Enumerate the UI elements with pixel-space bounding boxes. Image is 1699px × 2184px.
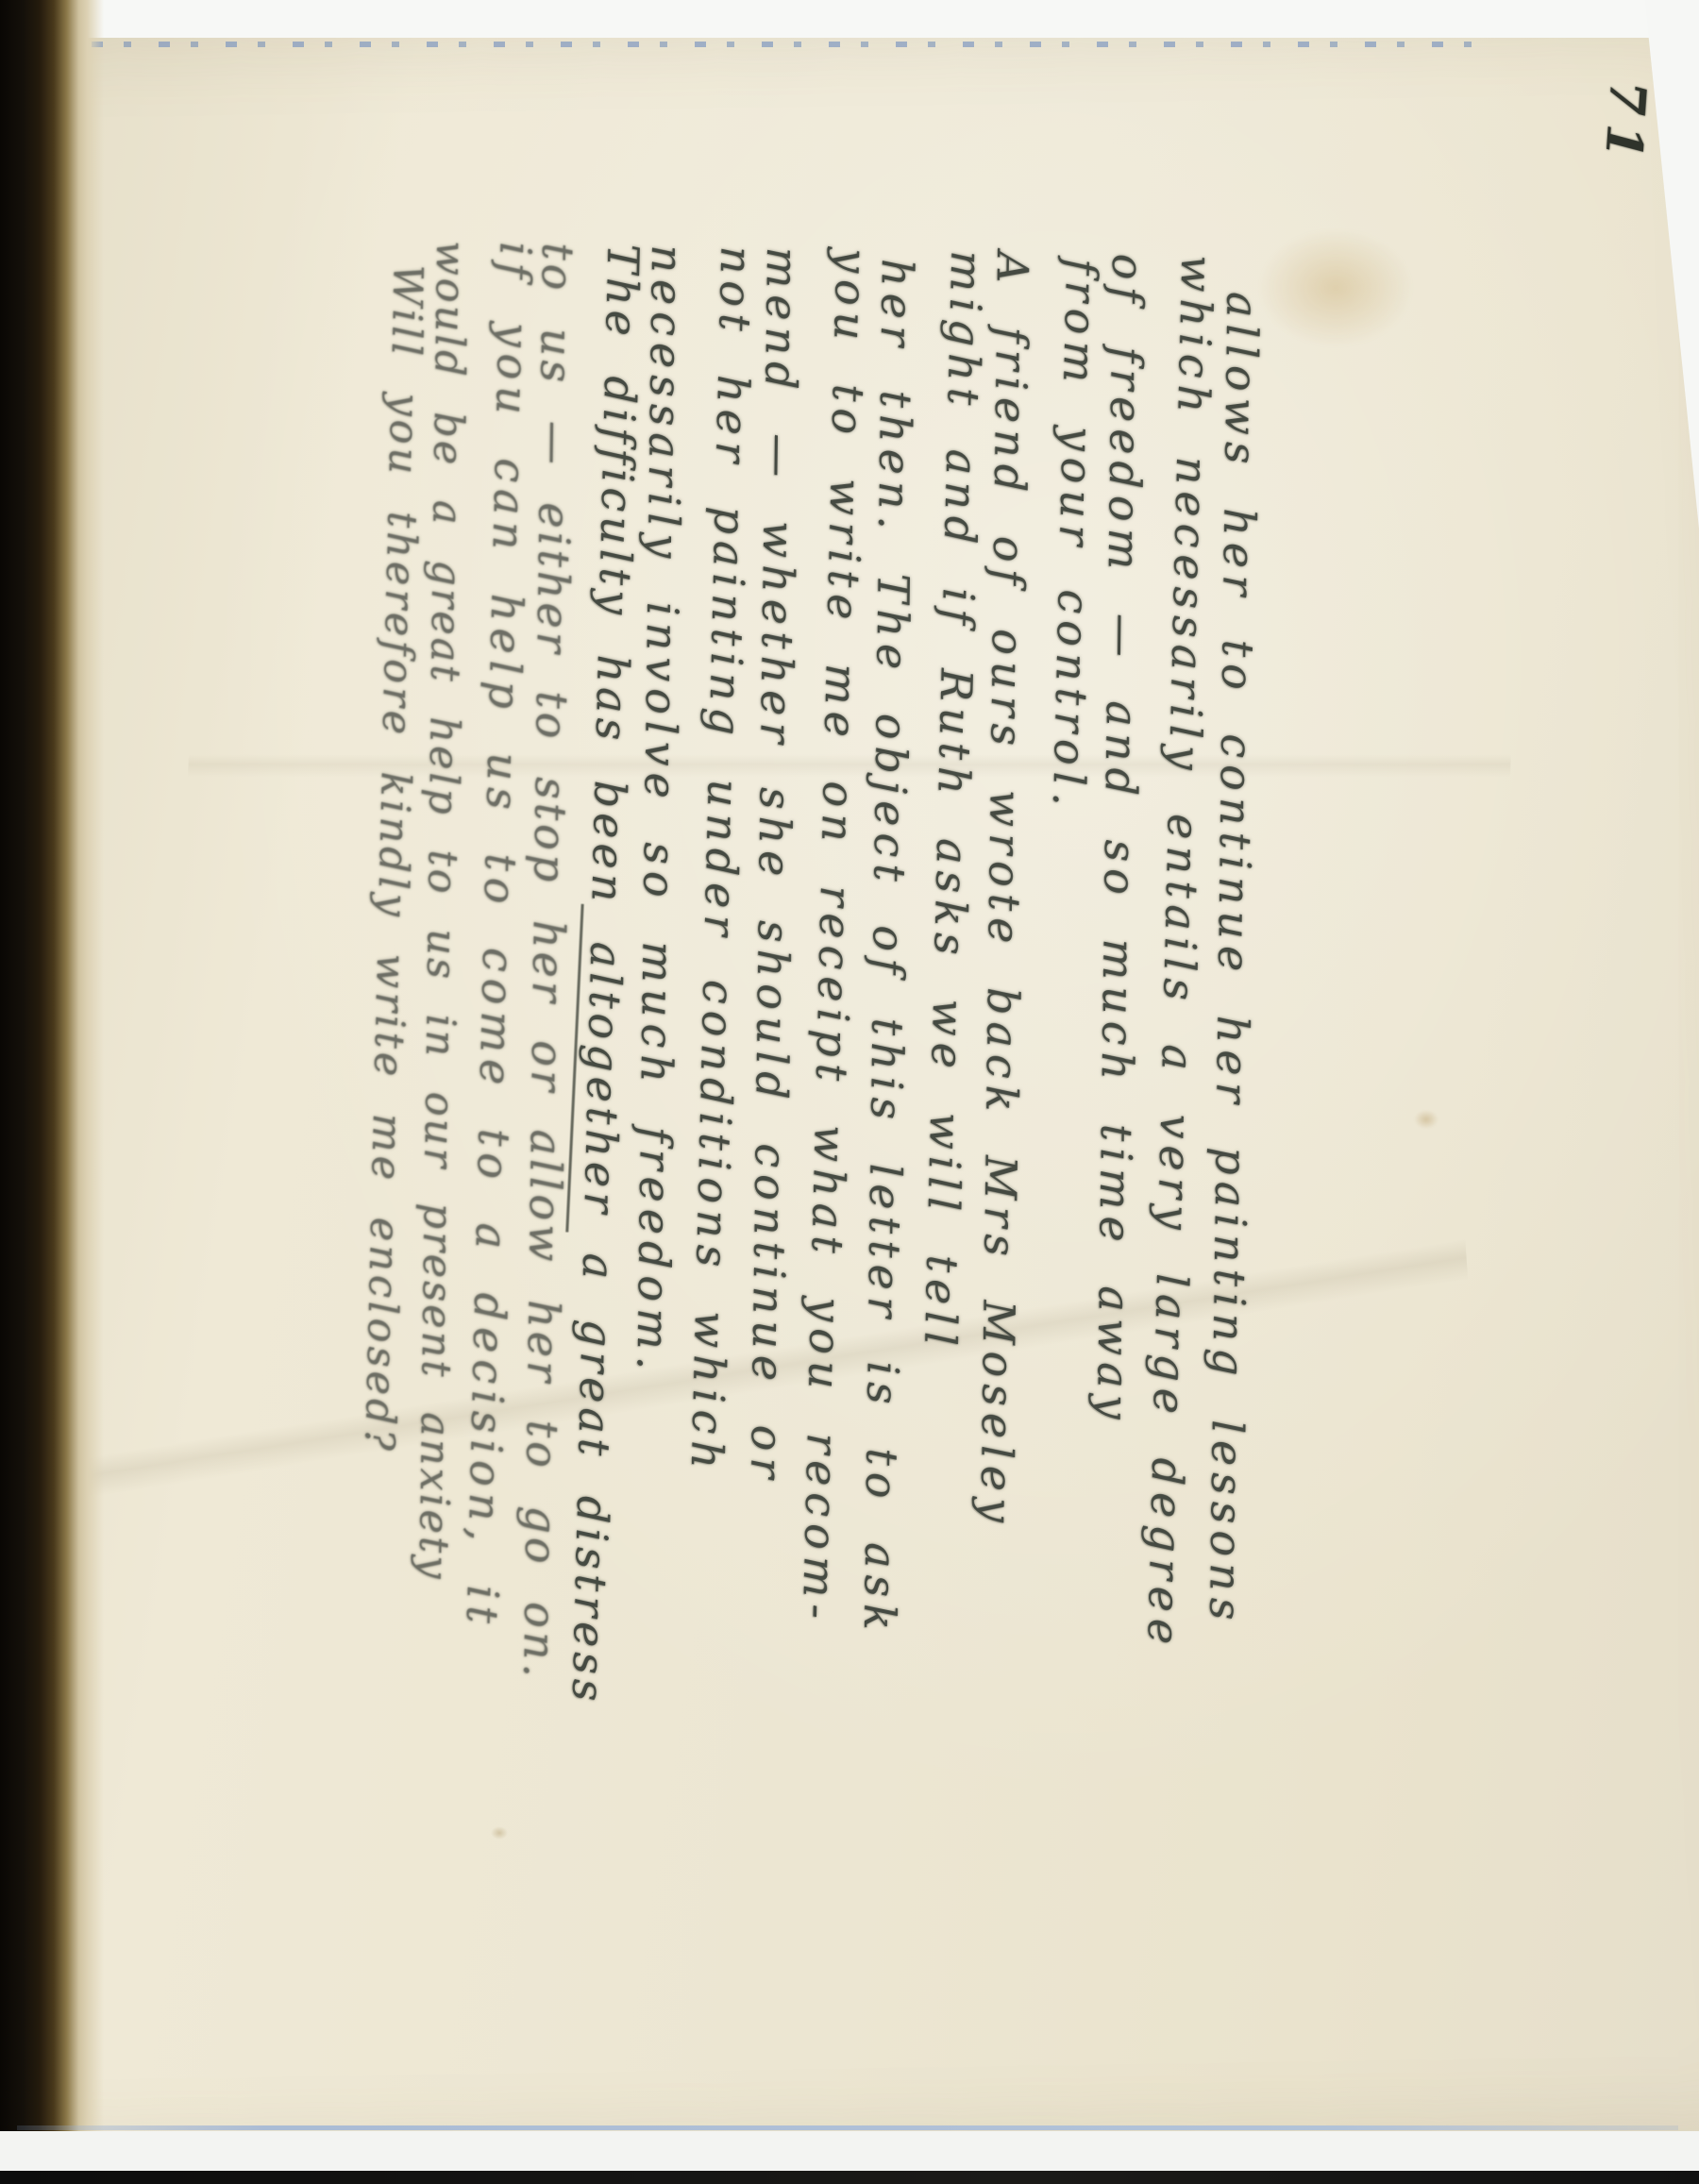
scanned-letter-page: allows her to continue her painting less… xyxy=(0,0,1699,2184)
page-number: 71 xyxy=(1547,76,1657,167)
paper-stain xyxy=(1255,227,1416,349)
paper-stain xyxy=(1414,1110,1438,1129)
handwritten-letter-body: allows her to continue her painting less… xyxy=(298,239,1278,2144)
book-gutter-shadow xyxy=(0,0,104,2184)
scan-bottom-edge xyxy=(0,2131,1699,2175)
binding-stitch-line xyxy=(25,42,1497,47)
scan-bottom-blue-line xyxy=(17,2125,1678,2130)
scan-black-border xyxy=(0,2171,1699,2184)
scan-top-edge xyxy=(0,0,1699,38)
